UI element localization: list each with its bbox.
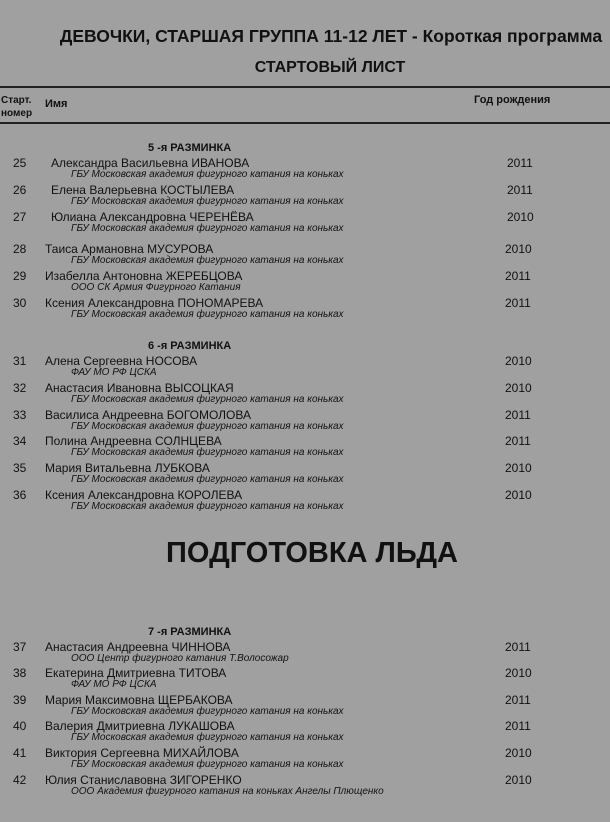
table-row: 38Екатерина Дмитриевна ТИТОВАФАУ МО РФ Ц…: [0, 666, 610, 693]
skater-name: Елена Валерьевна КОСТЫЛЕВА: [51, 183, 234, 197]
skater-club: ГБУ Московская академия фигурного катани…: [71, 706, 344, 717]
skater-club: ГБУ Московская академия фигурного катани…: [71, 447, 344, 458]
start-number: 29: [13, 269, 26, 283]
skater-club: ФАУ МО РФ ЦСКА: [71, 679, 157, 690]
skater-name: Мария Максимовна ЩЕРБАКОВА: [45, 693, 233, 707]
skater-name: Изабелла Антоновна ЖЕРЕБЦОВА: [45, 269, 242, 283]
skater-name: Таиса Армановна МУСУРОВА: [45, 242, 213, 256]
header-name: Имя: [45, 98, 67, 110]
birth-year: 2011: [505, 719, 531, 733]
warmup-group-label: 5 -я РАЗМИНКА: [148, 142, 231, 154]
skater-club: ГБУ Московская академия фигурного катани…: [71, 394, 344, 405]
document-subtitle: СТАРТОВЫЙ ЛИСТ: [0, 59, 610, 77]
start-number: 35: [13, 461, 26, 475]
table-row: 28Таиса Армановна МУСУРОВАГБУ Московская…: [0, 242, 610, 269]
table-row: 35Мария Витальевна ЛУБКОВАГБУ Московская…: [0, 461, 610, 488]
table-row: 32Анастасия Ивановна ВЫСОЦКАЯГБУ Московс…: [0, 381, 610, 408]
skater-name: Александра Васильевна ИВАНОВА: [51, 156, 249, 170]
table-row: 33Василиса Андреевна БОГОМОЛОВАГБУ Моско…: [0, 408, 610, 435]
skater-name: Анастасия Андреевна ЧИННОВА: [45, 640, 230, 654]
skater-name: Екатерина Дмитриевна ТИТОВА: [45, 666, 226, 680]
birth-year: 2011: [505, 408, 531, 422]
table-row: 29Изабелла Антоновна ЖЕРЕБЦОВАООО СК Арм…: [0, 269, 610, 296]
table-row: 25Александра Васильевна ИВАНОВАГБУ Моско…: [0, 156, 610, 183]
start-number: 36: [13, 488, 26, 502]
start-number: 30: [13, 296, 26, 310]
skater-club: ФАУ МО РФ ЦСКА: [71, 367, 157, 378]
table-row: 34Полина Андреевна СОЛНЦЕВАГБУ Московска…: [0, 434, 610, 461]
skater-club: ГБУ Московская академия фигурного катани…: [71, 255, 344, 266]
table-row: 41Виктория Сергеевна МИХАЙЛОВАГБУ Москов…: [0, 746, 610, 773]
birth-year: 2010: [507, 210, 534, 224]
skater-club: ГБУ Московская академия фигурного катани…: [71, 223, 344, 234]
birth-year: 2010: [505, 242, 532, 256]
header-start-line2: номер: [1, 107, 32, 120]
birth-year: 2010: [505, 488, 532, 502]
skater-club: ГБУ Московская академия фигурного катани…: [71, 196, 344, 207]
start-number: 39: [13, 693, 26, 707]
document-title: ДЕВОЧКИ, СТАРШАЯ ГРУППА 11-12 ЛЕТ - Коро…: [0, 26, 610, 47]
skater-name: Ксения Александровна ПОНОМАРЕВА: [45, 296, 263, 310]
table-row: 27Юлиана Александровна ЧЕРЕНЁВАГБУ Моско…: [0, 210, 610, 237]
start-number: 26: [13, 183, 26, 197]
ice-resurfacing-notice: ПОДГОТОВКА ЛЬДА: [0, 537, 610, 570]
skater-club: ГБУ Московская академия фигурного катани…: [71, 501, 344, 512]
birth-year: 2010: [505, 354, 532, 368]
skater-name: Виктория Сергеевна МИХАЙЛОВА: [45, 746, 239, 760]
skater-club: ООО Центр фигурного катания Т.Волосожар: [71, 653, 289, 664]
header-start-number: Старт. номер: [1, 94, 32, 120]
birth-year: 2010: [505, 461, 532, 475]
skater-name: Полина Андреевна СОЛНЦЕВА: [45, 434, 222, 448]
skater-club: ООО СК Армия Фигурного Катания: [71, 282, 241, 293]
birth-year: 2011: [505, 434, 531, 448]
start-number: 42: [13, 773, 26, 787]
header-start-line1: Старт.: [1, 94, 32, 107]
birth-year: 2010: [505, 381, 532, 395]
start-number: 32: [13, 381, 26, 395]
table-header: Старт. номер Имя Год рождения: [0, 86, 610, 124]
skater-name: Валерия Дмитриевна ЛУКАШОВА: [45, 719, 235, 733]
birth-year: 2011: [507, 156, 533, 170]
skater-club: ГБУ Московская академия фигурного катани…: [71, 732, 344, 743]
skater-club: ГБУ Московская академия фигурного катани…: [71, 421, 344, 432]
skater-name: Анастасия Ивановна ВЫСОЦКАЯ: [45, 381, 234, 395]
skater-club: ГБУ Московская академия фигурного катани…: [71, 169, 344, 180]
table-row: 37Анастасия Андреевна ЧИННОВАООО Центр ф…: [0, 640, 610, 667]
start-number: 25: [13, 156, 26, 170]
skater-name: Мария Витальевна ЛУБКОВА: [45, 461, 210, 475]
skater-club: ГБУ Московская академия фигурного катани…: [71, 759, 344, 770]
table-row: 39Мария Максимовна ЩЕРБАКОВАГБУ Московск…: [0, 693, 610, 720]
birth-year: 2010: [505, 666, 532, 680]
start-number: 40: [13, 719, 26, 733]
table-row: 30Ксения Александровна ПОНОМАРЕВАГБУ Мос…: [0, 296, 610, 323]
birth-year: 2011: [507, 183, 533, 197]
table-row: 36Ксения Александровна КОРОЛЕВАГБУ Моско…: [0, 488, 610, 515]
header-birth-year: Год рождения: [474, 94, 550, 106]
start-number: 28: [13, 242, 26, 256]
birth-year: 2011: [505, 640, 531, 654]
skater-name: Алена Сергеевна НОСОВА: [45, 354, 197, 368]
start-number: 37: [13, 640, 26, 654]
birth-year: 2011: [505, 269, 531, 283]
skater-name: Юлия Станиславовна ЗИГОРЕНКО: [45, 773, 242, 787]
start-number: 31: [13, 354, 26, 368]
table-row: 42Юлия Станиславовна ЗИГОРЕНКОООО Академ…: [0, 773, 610, 800]
table-row: 31Алена Сергеевна НОСОВАФАУ МО РФ ЦСКА20…: [0, 354, 610, 381]
start-number: 33: [13, 408, 26, 422]
start-number: 38: [13, 666, 26, 680]
start-number: 27: [13, 210, 26, 224]
skater-name: Ксения Александровна КОРОЛЕВА: [45, 488, 242, 502]
skater-name: Юлиана Александровна ЧЕРЕНЁВА: [51, 210, 254, 224]
warmup-group-label: 6 -я РАЗМИНКА: [148, 340, 231, 352]
birth-year: 2011: [505, 296, 531, 310]
birth-year: 2011: [505, 693, 531, 707]
skater-club: ГБУ Московская академия фигурного катани…: [71, 309, 344, 320]
table-row: 26Елена Валерьевна КОСТЫЛЕВАГБУ Московск…: [0, 183, 610, 210]
skater-club: ГБУ Московская академия фигурного катани…: [71, 474, 344, 485]
start-number: 41: [13, 746, 26, 760]
birth-year: 2010: [505, 773, 532, 787]
skater-name: Василиса Андреевна БОГОМОЛОВА: [45, 408, 251, 422]
birth-year: 2010: [505, 746, 532, 760]
table-row: 40Валерия Дмитриевна ЛУКАШОВАГБУ Московс…: [0, 719, 610, 746]
skater-club: ООО Академия фигурного катания на конька…: [71, 786, 384, 797]
start-number: 34: [13, 434, 26, 448]
warmup-group-label: 7 -я РАЗМИНКА: [148, 626, 231, 638]
